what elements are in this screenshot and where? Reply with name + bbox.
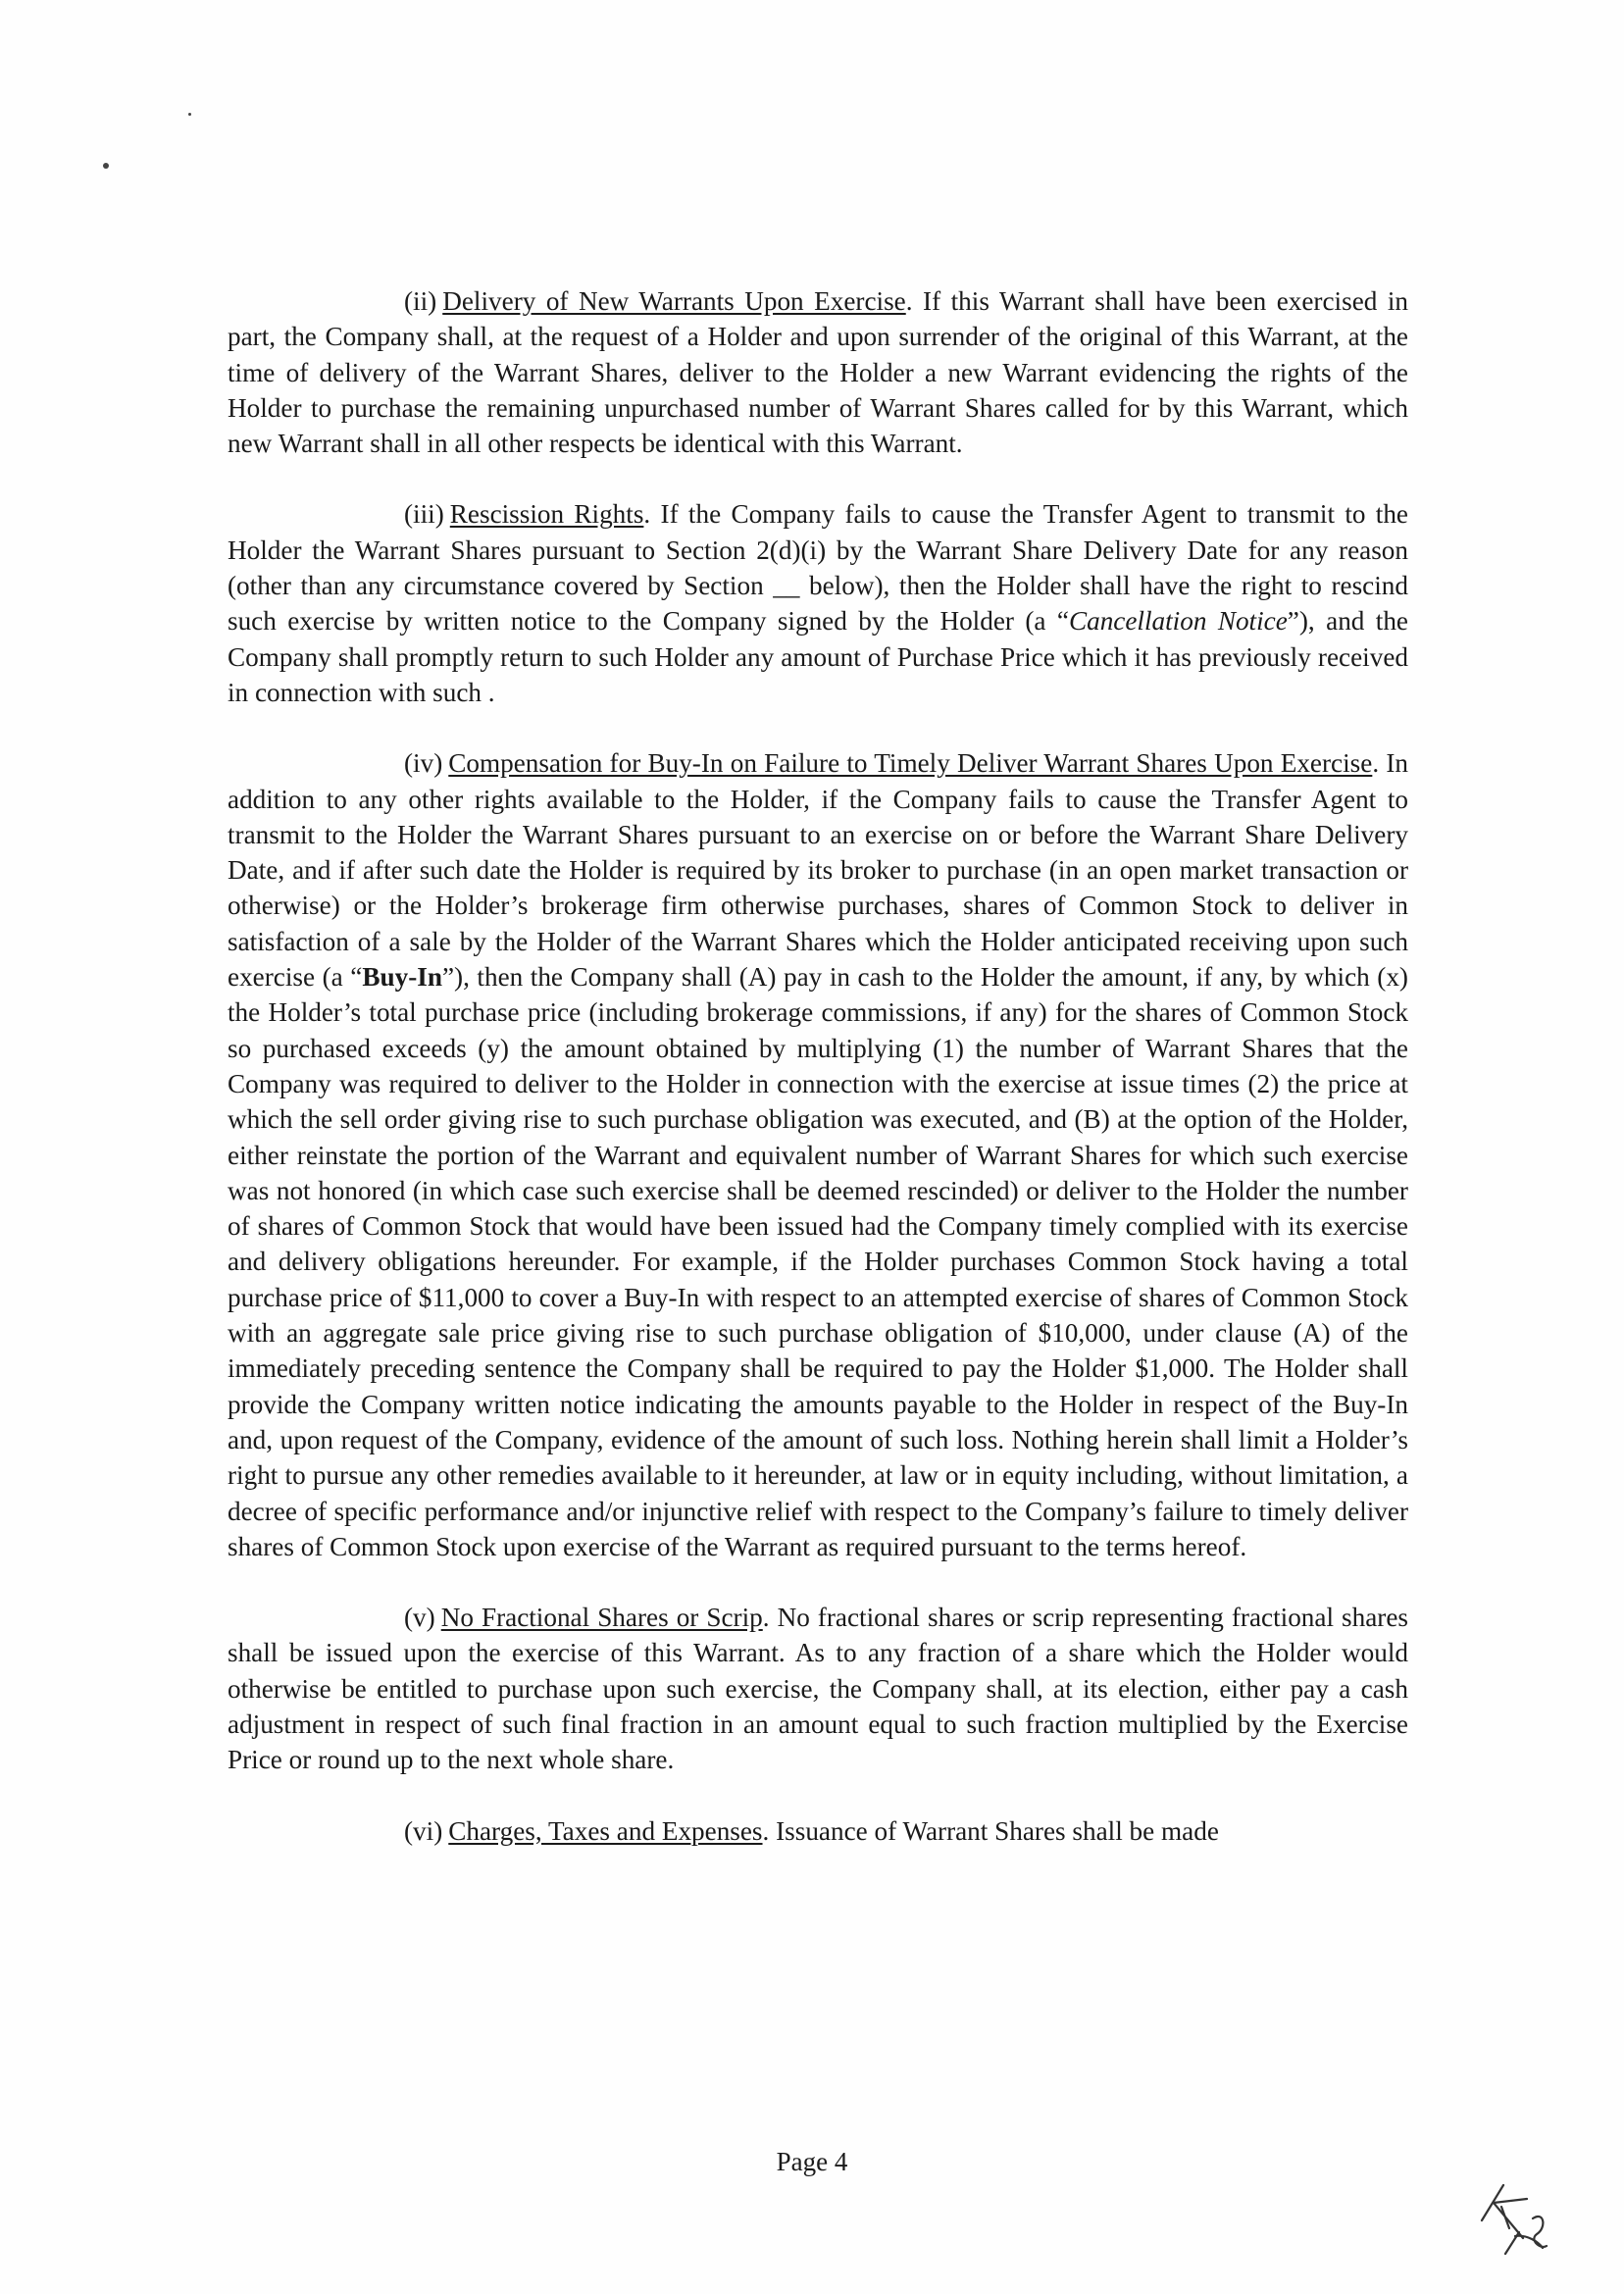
section-text: . Issuance of Warrant Shares shall be ma…	[763, 1816, 1219, 1846]
section-number: (iv)	[404, 748, 442, 778]
scan-speck	[103, 163, 109, 169]
section-ii-delivery-of-new-warrants: (ii)Delivery of New Warrants Upon Exerci…	[228, 283, 1408, 461]
defined-term-cancellation-notice: Cancellation Notice	[1069, 606, 1288, 636]
document-body: (ii)Delivery of New Warrants Upon Exerci…	[228, 283, 1408, 1884]
section-number: (iii)	[404, 499, 444, 529]
section-number: (v)	[404, 1603, 435, 1632]
section-v-no-fractional-shares: (v)No Fractional Shares or Scrip. No fra…	[228, 1600, 1408, 1777]
section-number: (vi)	[404, 1816, 442, 1846]
document-page: (ii)Delivery of New Warrants Upon Exerci…	[0, 0, 1624, 2294]
page-number: Page 4	[0, 2147, 1624, 2177]
section-heading: Compensation for Buy-In on Failure to Ti…	[448, 748, 1372, 778]
section-number: (ii)	[404, 286, 436, 316]
handwritten-initials-icon	[1476, 2177, 1564, 2266]
section-text: . In addition to any other rights availa…	[228, 748, 1408, 992]
section-iv-compensation-for-buy-in: (iv)Compensation for Buy-In on Failure t…	[228, 745, 1408, 1564]
section-heading: Charges, Taxes and Expenses	[448, 1816, 762, 1846]
section-heading: Rescission Rights	[450, 499, 644, 529]
section-iii-rescission-rights: (iii)Rescission Rights. If the Company f…	[228, 496, 1408, 710]
section-heading: No Fractional Shares or Scrip	[441, 1603, 763, 1632]
section-text: ”), then the Company shall (A) pay in ca…	[228, 962, 1408, 1561]
scan-speck	[188, 113, 191, 116]
section-vi-charges-taxes-expenses: (vi)Charges, Taxes and Expenses. Issuanc…	[228, 1813, 1408, 1849]
defined-term-buy-in: Buy-In	[362, 962, 442, 992]
section-heading: Delivery of New Warrants Upon Exercise	[442, 286, 906, 316]
